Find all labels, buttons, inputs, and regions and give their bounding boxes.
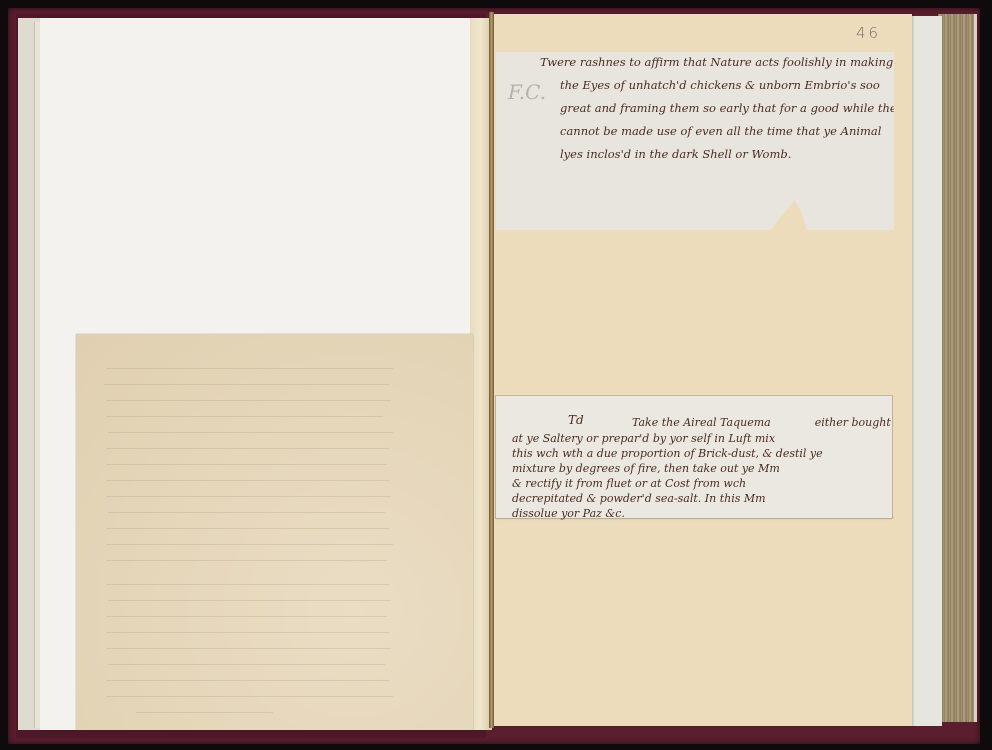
slip-2-line-part: Take the Aireal Taquema: [632, 416, 771, 429]
slip-2-line-part: either bought: [815, 416, 891, 429]
slip-2-line: dissolue yor Paz &c.: [496, 506, 891, 521]
slip-2-text: Take the Aireal Taquemaeither bought at …: [496, 414, 891, 521]
slip-2-line: mixture by degrees of fire, then take ou…: [496, 461, 891, 476]
slip-2-line: & rectify it from fluet or at Cost from …: [496, 476, 891, 491]
slip-2-line: this wch wth a due proportion of Brick-d…: [496, 446, 891, 461]
slip-1-line: Twere rashnes to affirm that Nature acts…: [540, 51, 903, 74]
slip-1-line: the Eyes of unhatch'd chickens & unborn …: [540, 74, 903, 97]
slip-1-line: cannot be made use of even all the time …: [540, 120, 903, 143]
left-mounted-sheet: [76, 334, 473, 730]
folio-number: 46: [856, 24, 881, 42]
slip-2-line: at ye Saltery or prepar'd by yor self in…: [496, 431, 891, 446]
manuscript-slip-2: Td Take the Aireal Taquemaeither bought …: [496, 396, 892, 518]
slip-2-line: decrepitated & powder'd sea-salt. In thi…: [496, 491, 891, 506]
slip-1-line: great and framing them so early that for…: [540, 97, 903, 120]
slip-1-text: Twere rashnes to affirm that Nature acts…: [540, 51, 903, 166]
manuscript-slip-1: F.C. Twere rashnes to affirm that Nature…: [496, 52, 894, 230]
right-flyleaf: [910, 16, 942, 726]
slip-1-line: lyes inclos'd in the dark Shell or Womb.: [540, 143, 903, 166]
right-page-edges: [938, 14, 977, 722]
slip-2-line: Take the Aireal Taquemaeither bought: [496, 414, 891, 431]
